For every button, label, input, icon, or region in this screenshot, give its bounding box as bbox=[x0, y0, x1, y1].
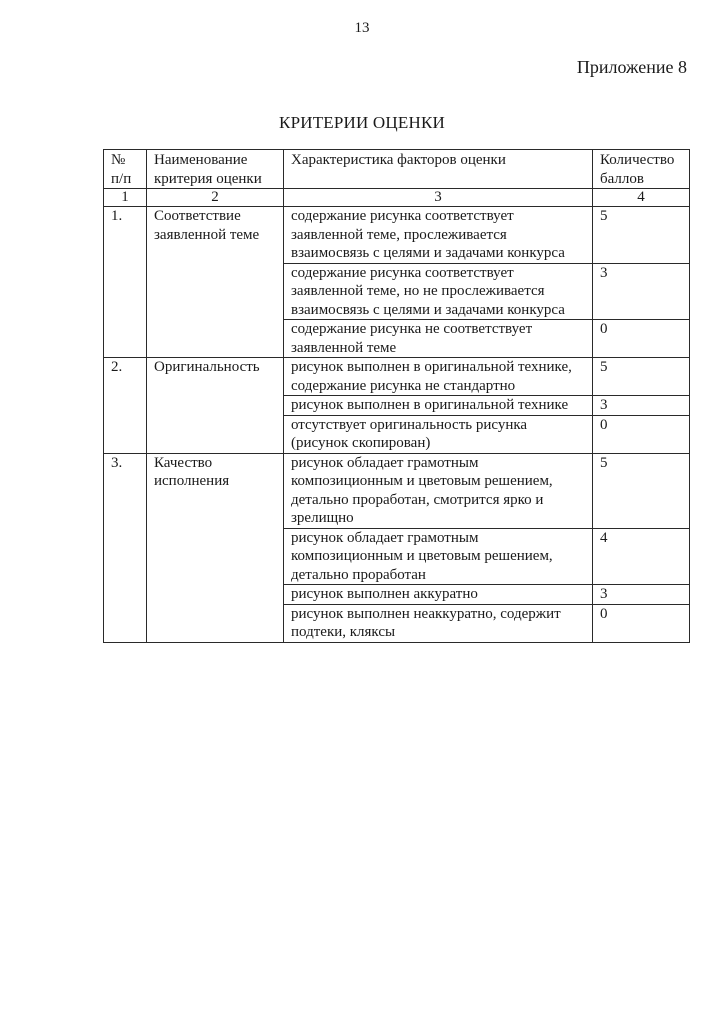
factor-points: 0 bbox=[593, 320, 690, 358]
header-number: № п/п bbox=[104, 150, 147, 189]
factor-description: содержание рисунка соответствует заявлен… bbox=[284, 263, 593, 320]
page-number: 13 bbox=[0, 20, 724, 37]
column-number: 4 bbox=[593, 189, 690, 207]
factor-points: 3 bbox=[593, 396, 690, 416]
header-points: Количество баллов bbox=[593, 150, 690, 189]
document-title: КРИТЕРИИ ОЦЕНКИ bbox=[0, 113, 724, 133]
factor-description: рисунок выполнен неаккуратно, содержит п… bbox=[284, 604, 593, 642]
factor-description: рисунок выполнен в оригинальной технике bbox=[284, 396, 593, 416]
column-number-row: 1 2 3 4 bbox=[104, 189, 690, 207]
column-number: 1 bbox=[104, 189, 147, 207]
factor-description: рисунок выполнен аккуратно bbox=[284, 585, 593, 605]
criterion-number: 1. bbox=[104, 207, 147, 358]
criterion-name: Оригинальность bbox=[147, 358, 284, 454]
column-number: 2 bbox=[147, 189, 284, 207]
factor-description: рисунок выполнен в оригинальной технике,… bbox=[284, 358, 593, 396]
factor-points: 5 bbox=[593, 207, 690, 264]
table-row: 3.Качество исполнениярисунок обладает гр… bbox=[104, 453, 690, 528]
factor-points: 0 bbox=[593, 604, 690, 642]
criterion-number: 2. bbox=[104, 358, 147, 454]
criterion-name: Соответствие заявленной теме bbox=[147, 207, 284, 358]
appendix-label: Приложение 8 bbox=[577, 57, 687, 78]
factor-points: 5 bbox=[593, 453, 690, 528]
factor-points: 0 bbox=[593, 415, 690, 453]
factor-description: рисунок обладает грамотным композиционны… bbox=[284, 453, 593, 528]
factor-description: содержание рисунка не соответствует заяв… bbox=[284, 320, 593, 358]
criteria-table: № п/п Наименование критерия оценки Харак… bbox=[103, 149, 690, 643]
factor-points: 3 bbox=[593, 263, 690, 320]
criterion-number: 3. bbox=[104, 453, 147, 642]
criterion-name: Качество исполнения bbox=[147, 453, 284, 642]
header-criterion-name: Наименование критерия оценки bbox=[147, 150, 284, 189]
factor-points: 4 bbox=[593, 528, 690, 585]
factor-description: отсутствует оригинальность рисунка (рису… bbox=[284, 415, 593, 453]
table-header-row: № п/п Наименование критерия оценки Харак… bbox=[104, 150, 690, 189]
factor-points: 3 bbox=[593, 585, 690, 605]
header-factor-description: Характеристика факторов оценки bbox=[284, 150, 593, 189]
table-row: 2.Оригинальностьрисунок выполнен в ориги… bbox=[104, 358, 690, 396]
criteria-table-body: 1.Соответствие заявленной темесодержание… bbox=[104, 207, 690, 643]
column-number: 3 bbox=[284, 189, 593, 207]
factor-description: содержание рисунка соответствует заявлен… bbox=[284, 207, 593, 264]
factor-points: 5 bbox=[593, 358, 690, 396]
table-row: 1.Соответствие заявленной темесодержание… bbox=[104, 207, 690, 264]
factor-description: рисунок обладает грамотным композиционны… bbox=[284, 528, 593, 585]
